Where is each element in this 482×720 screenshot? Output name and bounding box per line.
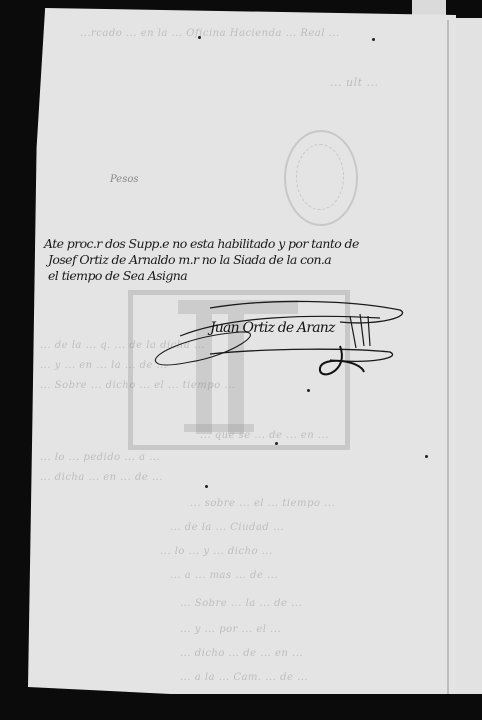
bleed-through-line: ... de la ... Ciudad ...	[170, 522, 284, 533]
adjacent-page-edge	[452, 18, 482, 718]
bleed-through-line: ... a ... mas ... de ...	[170, 570, 278, 581]
bleed-through-line: ... Sobre ... la ... de ...	[180, 598, 302, 609]
signature-name: Juan Ortiz de Aranz	[210, 320, 335, 336]
marginal-note: Pesos	[110, 174, 138, 185]
bleed-through-line: ... dicho ... de ... en ...	[180, 648, 303, 659]
faint-header-note: ... ult ...	[330, 76, 379, 89]
bleed-through-line: ... lo ... pedido ... a ...	[40, 452, 160, 463]
ink-speck	[425, 455, 428, 458]
faint-header-line: ...rcado ... en la ... Oficina Hacienda …	[80, 28, 340, 39]
scan-background-bottom	[0, 694, 482, 720]
ink-speck	[198, 36, 201, 39]
main-text-line-1: Ate proc.r dos Supp.e no esta habilitado…	[44, 236, 359, 251]
bleed-through-line: ... de la ... q. ... de la dicha ...	[40, 340, 205, 351]
page-fold-line	[447, 20, 449, 710]
bleed-through-line: ... sobre ... el ... tiempo ...	[190, 498, 335, 509]
ink-speck	[275, 442, 278, 445]
ink-speck	[307, 389, 310, 392]
ink-speck	[372, 38, 375, 41]
bleed-through-line: ... y ... en ... la ... de ...	[40, 360, 168, 371]
bleed-through-line: ... Sobre ... dicho ... el ... tiempo ..…	[40, 380, 235, 391]
bleed-through-line: ... y ... por ... el ...	[180, 624, 281, 635]
bleed-through-line: ... que se ... de ... en ...	[200, 430, 329, 441]
bleed-through-line: ... lo ... y ... dicho ...	[160, 546, 273, 557]
ink-speck	[205, 485, 208, 488]
bleed-through-line: ... a la ... Cam. ... de ...	[180, 672, 308, 683]
bleed-through-line: ... dicha ... en ... de ...	[40, 472, 163, 483]
main-text-line-2: Josef Ortiz de Arnaldo m.r no la Siada d…	[48, 252, 331, 267]
main-text-line-3: el tiempo de Sea Asigna	[48, 268, 187, 283]
faint-seal-stamp	[284, 130, 358, 226]
seal-inner-ring	[296, 144, 344, 210]
